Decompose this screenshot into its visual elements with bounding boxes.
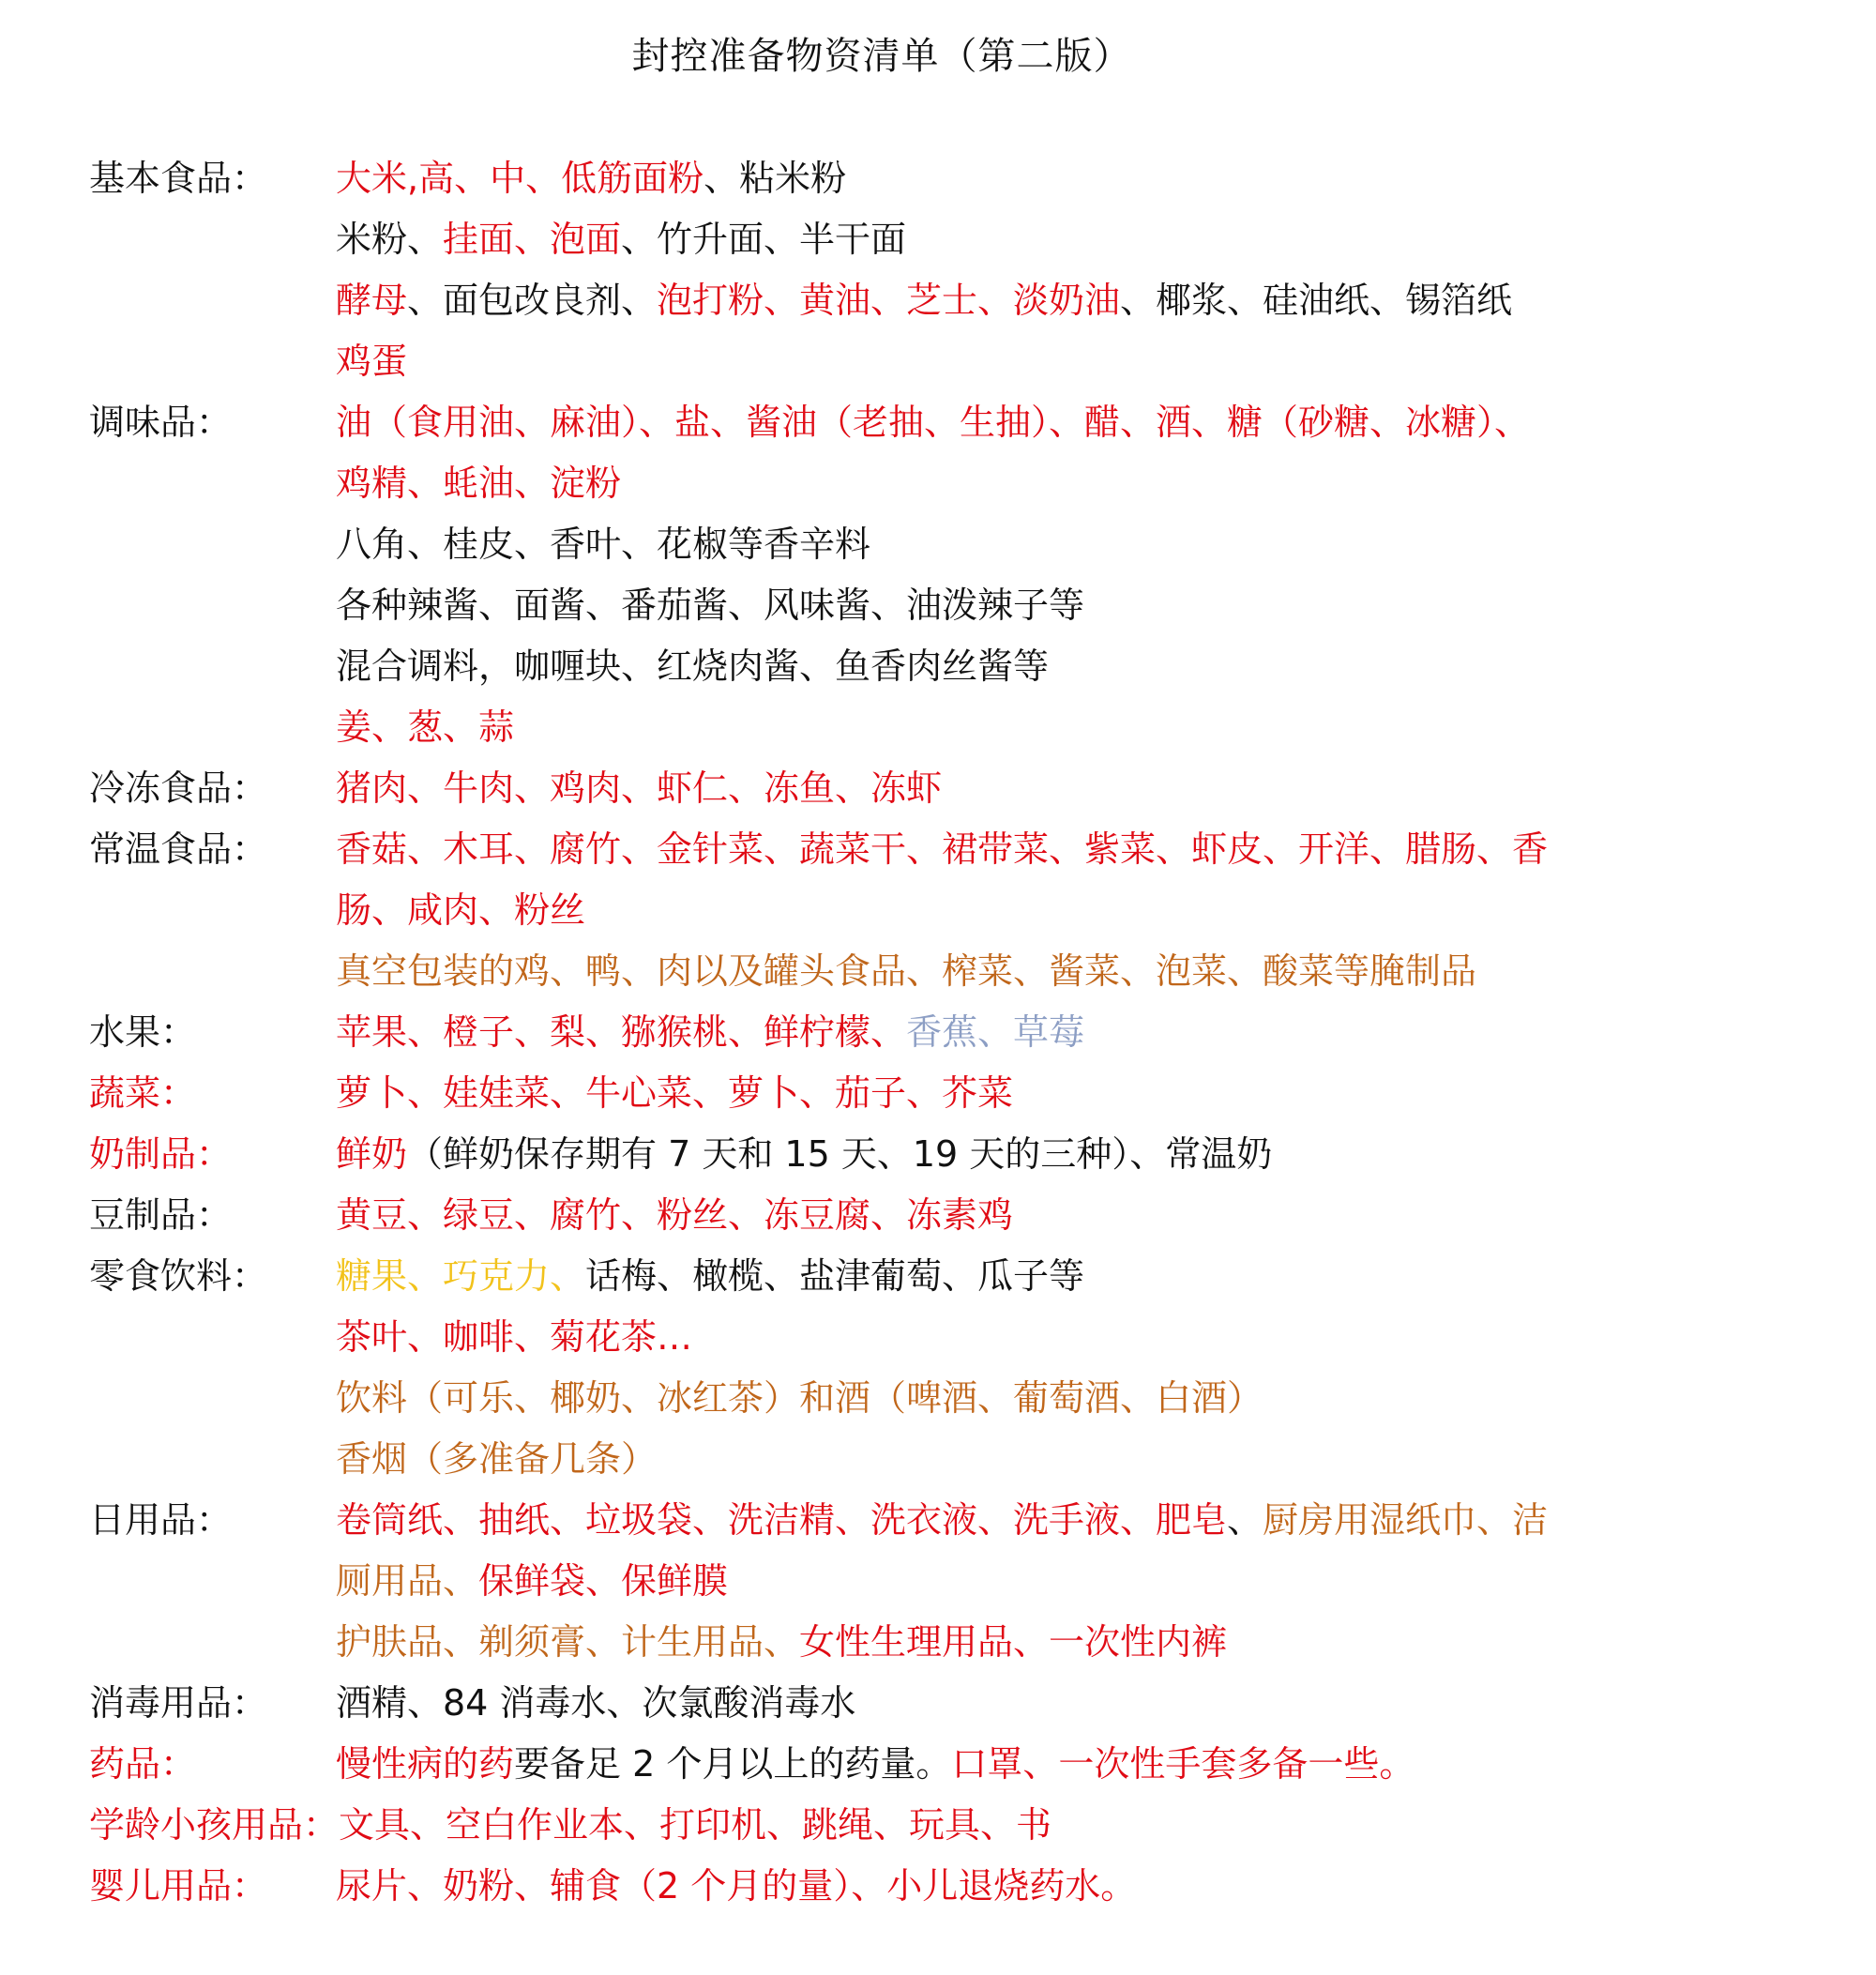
category-label: 奶制品：: [89, 1124, 336, 1185]
item-segment: 米粉、: [336, 219, 443, 260]
list-row: 零食饮料：糖果、巧克力、话梅、橄榄、盐津葡萄、瓜子等: [89, 1246, 1853, 1307]
category-label: 豆制品：: [89, 1185, 336, 1246]
item-text: 萝卜、娃娃菜、牛心菜、萝卜、茄子、芥菜: [336, 1063, 1853, 1124]
list-row: 药品：慢性病的药要备足 2 个月以上的药量。口罩、一次性手套多备一些。: [89, 1734, 1853, 1795]
category-label: [89, 575, 336, 636]
category-label: 日用品：: [89, 1490, 336, 1551]
category-label: 药品：: [89, 1734, 336, 1795]
item-segment: 黄豆、绿豆、腐竹、粉丝、冻豆腐、冻素鸡: [336, 1194, 1013, 1236]
list-row: 饮料（可乐、椰奶、冰红茶）和酒（啤酒、葡萄酒、白酒）: [89, 1368, 1853, 1429]
item-segment: 泡打粉、黄油、芝士、淡奶油: [657, 280, 1120, 321]
category-label: [89, 453, 336, 514]
category-label: [89, 1307, 336, 1368]
item-segment: 苹果、橙子、梨、猕猴桃、鲜柠檬、: [336, 1011, 906, 1053]
item-segment: 鸡精、蚝油、淀粉: [336, 463, 621, 504]
category-label: 常温食品：: [89, 819, 336, 880]
item-segment: 肠、咸肉、粉丝: [336, 889, 585, 931]
item-text: 八角、桂皮、香叶、花椒等香辛料: [336, 514, 1853, 575]
category-label: 冷冻食品：: [89, 758, 336, 819]
document-title: 封控准备物资清单（第二版）: [0, 26, 1763, 80]
item-segment: 油（食用油、麻油）、盐、酱油（老抽、生抽）、醋、酒、糖（砂糖、冰糖）、: [336, 402, 1530, 443]
list-row: 水果：苹果、橙子、梨、猕猴桃、鲜柠檬、香蕉、草莓: [89, 1002, 1853, 1063]
item-segment: 、面包改良剂、: [407, 280, 657, 321]
list-row: 奶制品：鲜奶（鲜奶保存期有 7 天和 15 天、19 天的三种）、常温奶: [89, 1124, 1853, 1185]
item-segment: 姜、葱、蒜: [336, 706, 514, 748]
item-text: 苹果、橙子、梨、猕猴桃、鲜柠檬、香蕉、草莓: [336, 1002, 1853, 1063]
item-segment: 鲜奶: [336, 1133, 407, 1175]
item-segment: 酵母: [336, 280, 407, 321]
category-label: [89, 697, 336, 758]
item-text: 鲜奶（鲜奶保存期有 7 天和 15 天、19 天的三种）、常温奶: [336, 1124, 1853, 1185]
category-label: [89, 331, 336, 392]
item-segment: 厕用品、: [336, 1560, 478, 1602]
list-row: 豆制品：黄豆、绿豆、腐竹、粉丝、冻豆腐、冻素鸡: [89, 1185, 1853, 1246]
item-segment: 、竹升面、半干面: [621, 219, 906, 260]
category-label: 婴儿用品：: [89, 1856, 336, 1917]
list-row: 护肤品、剃须膏、计生用品、女性生理用品、一次性内裤: [89, 1612, 1853, 1673]
item-segment: 茶叶、咖啡、菊花茶…: [336, 1316, 692, 1358]
item-segment: 文具、空白作业本、打印机、跳绳、玩具、书: [339, 1804, 1051, 1846]
item-segment: 香蕉、草莓: [906, 1011, 1084, 1053]
list-row: 香烟（多准备几条）: [89, 1429, 1853, 1490]
category-label: 水果：: [89, 1002, 336, 1063]
item-segment: 酒精、84 消毒水、次氯酸消毒水: [336, 1682, 855, 1724]
list-row: 酵母、面包改良剂、泡打粉、黄油、芝士、淡奶油、椰浆、硅油纸、锡箔纸: [89, 270, 1853, 331]
category-label: 基本食品：: [89, 148, 336, 209]
item-text: 香菇、木耳、腐竹、金针菜、蔬菜干、裙带菜、紫菜、虾皮、开洋、腊肠、香: [336, 819, 1853, 880]
item-segment: 厨房用湿纸巾、洁: [1263, 1499, 1548, 1541]
item-text: 护肤品、剃须膏、计生用品、女性生理用品、一次性内裤: [336, 1612, 1853, 1673]
item-segment: 、: [1227, 1499, 1263, 1541]
item-text: 酵母、面包改良剂、泡打粉、黄油、芝士、淡奶油、椰浆、硅油纸、锡箔纸: [336, 270, 1853, 331]
category-label: [89, 1551, 336, 1612]
category-label: 蔬菜：: [89, 1063, 336, 1124]
item-segment: 尿片、奶粉、辅食（2 个月的量）、小儿退烧药水。: [336, 1865, 1136, 1907]
item-text: 大米,高、中、低筋面粉、粘米粉: [336, 148, 1853, 209]
supply-list: 基本食品：大米,高、中、低筋面粉、粘米粉米粉、挂面、泡面、竹升面、半干面酵母、面…: [89, 148, 1853, 1917]
list-row: 基本食品：大米,高、中、低筋面粉、粘米粉: [89, 148, 1853, 209]
item-segment: 鸡蛋: [336, 341, 407, 382]
list-row: 日用品：卷筒纸、抽纸、垃圾袋、洗洁精、洗衣液、洗手液、肥皂、厨房用湿纸巾、洁: [89, 1490, 1853, 1551]
category-label: [89, 270, 336, 331]
item-segment: 八角、桂皮、香叶、花椒等香辛料: [336, 524, 870, 565]
item-segment: 口罩、一次性手套多备一些。: [951, 1743, 1415, 1785]
item-segment: 真空包装的鸡、鸭、肉以及罐头食品、榨菜、酱菜、泡菜、酸菜等腌制品: [336, 950, 1476, 992]
list-row: 各种辣酱、面酱、番茄酱、风味酱、油泼辣子等: [89, 575, 1853, 636]
item-text: 各种辣酱、面酱、番茄酱、风味酱、油泼辣子等: [336, 575, 1853, 636]
item-segment: 香菇、木耳、腐竹、金针菜、蔬菜干、裙带菜、紫菜、虾皮、开洋、腊肠、香: [336, 828, 1548, 870]
item-text: 鸡精、蚝油、淀粉: [336, 453, 1853, 514]
list-row: 消毒用品：酒精、84 消毒水、次氯酸消毒水: [89, 1673, 1853, 1734]
list-row: 鸡精、蚝油、淀粉: [89, 453, 1853, 514]
category-label: 调味品：: [89, 392, 336, 453]
category-label: 零食饮料：: [89, 1246, 336, 1307]
item-text: 姜、葱、蒜: [336, 697, 1853, 758]
list-row: 米粉、挂面、泡面、竹升面、半干面: [89, 209, 1853, 270]
item-segment: 萝卜、娃娃菜、牛心菜、萝卜、茄子、芥菜: [336, 1072, 1013, 1114]
item-segment: 大米,高、中、低筋面粉: [336, 158, 703, 199]
item-text: 鸡蛋: [336, 331, 1853, 392]
item-text: 茶叶、咖啡、菊花茶…: [336, 1307, 1853, 1368]
item-text: 肠、咸肉、粉丝: [336, 880, 1853, 941]
item-text: 猪肉、牛肉、鸡肉、虾仁、冻鱼、冻虾: [336, 758, 1853, 819]
item-text: 混合调料，咖喱块、红烧肉酱、鱼香肉丝酱等: [336, 636, 1853, 697]
category-label: 学龄小孩用品：: [89, 1795, 339, 1856]
list-row: 学龄小孩用品：文具、空白作业本、打印机、跳绳、玩具、书: [89, 1795, 1853, 1856]
item-segment: 猪肉、牛肉、鸡肉、虾仁、冻鱼、冻虾: [336, 767, 942, 809]
category-label: [89, 1429, 336, 1490]
item-segment: 挂面、泡面: [443, 219, 621, 260]
item-segment: 卷筒纸、抽纸、垃圾袋、洗洁精、洗衣液、洗手液、肥皂: [336, 1499, 1227, 1541]
category-label: [89, 880, 336, 941]
item-text: 文具、空白作业本、打印机、跳绳、玩具、书: [339, 1795, 1051, 1856]
list-row: 肠、咸肉、粉丝: [89, 880, 1853, 941]
list-row: 混合调料，咖喱块、红烧肉酱、鱼香肉丝酱等: [89, 636, 1853, 697]
item-segment: 护肤品、剃须膏、计生用品、: [336, 1621, 799, 1663]
category-label: 消毒用品：: [89, 1673, 336, 1734]
list-row: 鸡蛋: [89, 331, 1853, 392]
item-segment: 要备足 2 个月以上的药量。: [514, 1743, 951, 1785]
item-segment: （鲜奶保存期有 7 天和 15 天、19 天的三种）、常温奶: [407, 1133, 1272, 1175]
category-label: [89, 941, 336, 1002]
item-text: 糖果、巧克力、话梅、橄榄、盐津葡萄、瓜子等: [336, 1246, 1853, 1307]
list-row: 八角、桂皮、香叶、花椒等香辛料: [89, 514, 1853, 575]
item-segment: 慢性病的药: [336, 1743, 514, 1785]
list-row: 真空包装的鸡、鸭、肉以及罐头食品、榨菜、酱菜、泡菜、酸菜等腌制品: [89, 941, 1853, 1002]
list-row: 婴儿用品：尿片、奶粉、辅食（2 个月的量）、小儿退烧药水。: [89, 1856, 1853, 1917]
item-text: 厕用品、保鲜袋、保鲜膜: [336, 1551, 1853, 1612]
item-segment: 各种辣酱、面酱、番茄酱、风味酱、油泼辣子等: [336, 585, 1084, 626]
item-text: 米粉、挂面、泡面、竹升面、半干面: [336, 209, 1853, 270]
item-segment: 保鲜袋、保鲜膜: [478, 1560, 728, 1602]
category-label: [89, 636, 336, 697]
list-row: 茶叶、咖啡、菊花茶…: [89, 1307, 1853, 1368]
list-row: 厕用品、保鲜袋、保鲜膜: [89, 1551, 1853, 1612]
item-text: 油（食用油、麻油）、盐、酱油（老抽、生抽）、醋、酒、糖（砂糖、冰糖）、: [336, 392, 1853, 453]
item-segment: 、粘米粉: [703, 158, 846, 199]
list-row: 姜、葱、蒜: [89, 697, 1853, 758]
item-text: 慢性病的药要备足 2 个月以上的药量。口罩、一次性手套多备一些。: [336, 1734, 1853, 1795]
item-text: 真空包装的鸡、鸭、肉以及罐头食品、榨菜、酱菜、泡菜、酸菜等腌制品: [336, 941, 1853, 1002]
item-segment: 、椰浆、硅油纸、锡箔纸: [1120, 280, 1512, 321]
list-row: 冷冻食品：猪肉、牛肉、鸡肉、虾仁、冻鱼、冻虾: [89, 758, 1853, 819]
item-segment: 话梅、橄榄、盐津葡萄、瓜子等: [585, 1255, 1084, 1297]
item-segment: 女性生理用品、一次性内裤: [799, 1621, 1227, 1663]
item-segment: 混合调料，咖喱块、红烧肉酱、鱼香肉丝酱等: [336, 646, 1049, 687]
item-text: 尿片、奶粉、辅食（2 个月的量）、小儿退烧药水。: [336, 1856, 1853, 1917]
item-text: 卷筒纸、抽纸、垃圾袋、洗洁精、洗衣液、洗手液、肥皂、厨房用湿纸巾、洁: [336, 1490, 1853, 1551]
item-text: 饮料（可乐、椰奶、冰红茶）和酒（啤酒、葡萄酒、白酒）: [336, 1368, 1853, 1429]
category-label: [89, 1612, 336, 1673]
category-label: [89, 514, 336, 575]
category-label: [89, 1368, 336, 1429]
item-segment: 香烟（多准备几条）: [336, 1438, 657, 1480]
item-text: 酒精、84 消毒水、次氯酸消毒水: [336, 1673, 1853, 1734]
item-segment: 饮料（可乐、椰奶、冰红茶）和酒（啤酒、葡萄酒、白酒）: [336, 1377, 1263, 1419]
list-row: 蔬菜：萝卜、娃娃菜、牛心菜、萝卜、茄子、芥菜: [89, 1063, 1853, 1124]
list-row: 常温食品：香菇、木耳、腐竹、金针菜、蔬菜干、裙带菜、紫菜、虾皮、开洋、腊肠、香: [89, 819, 1853, 880]
item-segment: 糖果、巧克力、: [336, 1255, 585, 1297]
item-text: 黄豆、绿豆、腐竹、粉丝、冻豆腐、冻素鸡: [336, 1185, 1853, 1246]
item-text: 香烟（多准备几条）: [336, 1429, 1853, 1490]
list-row: 调味品：油（食用油、麻油）、盐、酱油（老抽、生抽）、醋、酒、糖（砂糖、冰糖）、: [89, 392, 1853, 453]
category-label: [89, 209, 336, 270]
